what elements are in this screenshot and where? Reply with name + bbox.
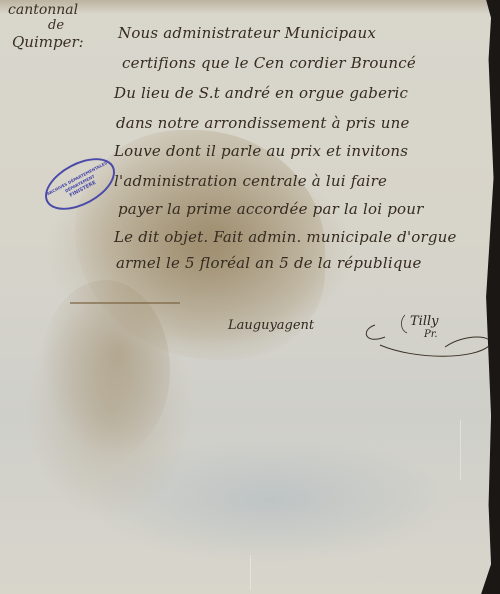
- water-stain-lower: [40, 280, 170, 460]
- text-line: dans notre arrondissement à pris une: [116, 114, 410, 132]
- document-paper: cantonnal de Quimper: Nous administrateu…: [0, 0, 496, 594]
- text-line: l'administration centrale à lui faire: [114, 172, 387, 190]
- text-line: Louve dont il parle au prix et invitons: [114, 142, 408, 160]
- margin-note-line: cantonnal: [8, 2, 102, 18]
- signature-right: Tilly Pr.: [410, 315, 439, 341]
- paper-crease: [460, 420, 461, 480]
- text-line: payer la prime accordée par la loi pour: [118, 200, 424, 218]
- text-line: armel le 5 floréal an 5 de la république: [116, 254, 422, 272]
- paper-crease: [250, 555, 251, 590]
- text-line: Du lieu de S.t andré en orgue gaberic: [114, 84, 408, 102]
- text-line: Le dit objet. Fait admin. municipale d'o…: [114, 228, 457, 246]
- margin-note-line: de: [48, 18, 102, 34]
- margin-note: cantonnal de Quimper:: [2, 2, 102, 50]
- signature-name: Tilly: [410, 315, 439, 328]
- margin-note-line: Quimper:: [12, 34, 102, 50]
- signature-title: Pr.: [424, 328, 439, 341]
- signature-left: Lauguyagent: [228, 318, 314, 333]
- text-line: certifions que le Cen cordier Brouncé: [122, 54, 416, 72]
- text-line: Nous administrateur Municipaux: [118, 24, 376, 42]
- fold-line: [70, 302, 180, 304]
